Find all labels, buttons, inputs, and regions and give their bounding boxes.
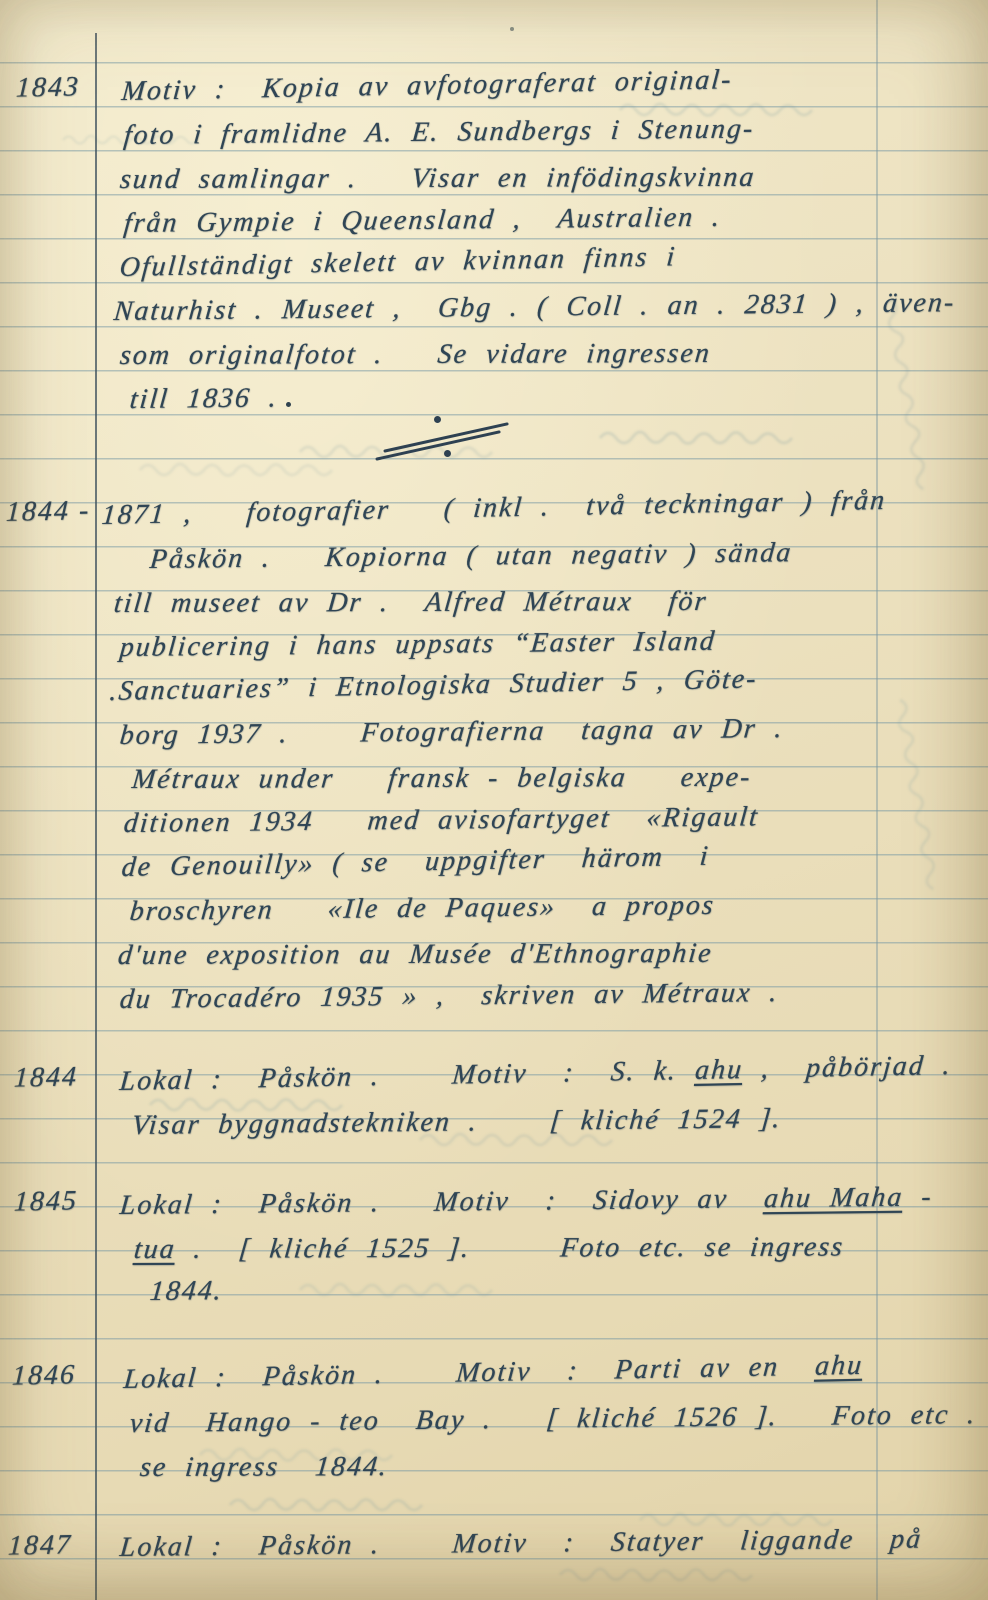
column-divider-line [95, 33, 97, 1600]
entry-line: du Trocadéro 1935 » , skriven av Métraux… [118, 973, 780, 1020]
entry-line: Påskön . Kopiorna ( utan negativ ) sända [148, 533, 794, 580]
right-margin-line [876, 0, 878, 1600]
entry-number-1844-range: 1844 - [5, 495, 91, 529]
entry-line: foto i framlidne A. E. Sundbergs i Stenu… [122, 109, 756, 156]
entry-line: Métraux under fransk - belgiska expe- [130, 758, 753, 800]
entry-line: .Sanctuaries” i Etnologiska Studier 5 , … [108, 659, 759, 712]
entry-line: Naturhist . Museet , Gbg . ( Coll . an .… [112, 283, 957, 332]
entry-line: tua . [ kliché 1525 ]. Foto etc. se ingr… [132, 1228, 846, 1270]
entry-line: Visar byggnadstekniken . [ kliché 1524 ]… [130, 1099, 784, 1146]
entry-line: broschyren «Ile de Paques» a propos [128, 886, 717, 932]
entry-line: Motiv : Kopia av avfotograferat original… [120, 60, 734, 112]
section-divider [372, 414, 512, 466]
entry-line: Lokal : Påskön . Motiv : Sidovy av ahu M… [118, 1177, 935, 1226]
ink-speck [510, 27, 514, 31]
entry-line: borg 1937 . Fotografierna tagna av Dr . [118, 709, 786, 756]
ledger-paper: 1843 1844 - 1844 1845 1846 1847 Motiv : … [0, 0, 988, 1600]
entry-number-1845: 1845 [13, 1185, 79, 1218]
entry-line: Lokal : Påskön . Motiv : S. k. ahu , påb… [118, 1046, 954, 1102]
entry-line: till 1836 . [128, 378, 280, 420]
entry-line: d'une exposition au Musée d'Ethnographie [116, 934, 715, 976]
entry-line: sund samlingar . Visar en infödingskvinn… [118, 158, 757, 200]
entry-line: 1871 , fotografier ( inkl . två teckning… [100, 481, 888, 536]
entry-line: de Genouilly» ( se uppgifter härom i [120, 837, 711, 888]
entry-line: till museet av Dr . Alfred Métraux för [112, 582, 709, 624]
entry-line: Lokal : Påskön . Motiv : Statyer liggand… [118, 1520, 924, 1568]
entry-line: från Gympie i Queensland , Australien . [122, 198, 723, 244]
entry-number-1847: 1847 [7, 1529, 73, 1562]
entry-line: Lokal : Påskön . Motiv : Parti av en ahu [122, 1346, 865, 1400]
entry-line: se ingress 1844. [138, 1447, 390, 1488]
entry-number-1846: 1846 [11, 1359, 77, 1392]
entry-number-1843: 1843 [15, 71, 81, 104]
entry-number-1844: 1844 [13, 1061, 79, 1094]
entry-line: 1844. [148, 1271, 225, 1312]
entry-line: Ofullständigt skelett av kvinnan finns i [118, 237, 678, 288]
entry-line: som originalfotot . Se vidare ingressen [118, 334, 713, 376]
entry-line: vid Hango - teo Bay . [ kliché 1526 ]. F… [128, 1395, 978, 1444]
ink-speck [286, 402, 291, 407]
